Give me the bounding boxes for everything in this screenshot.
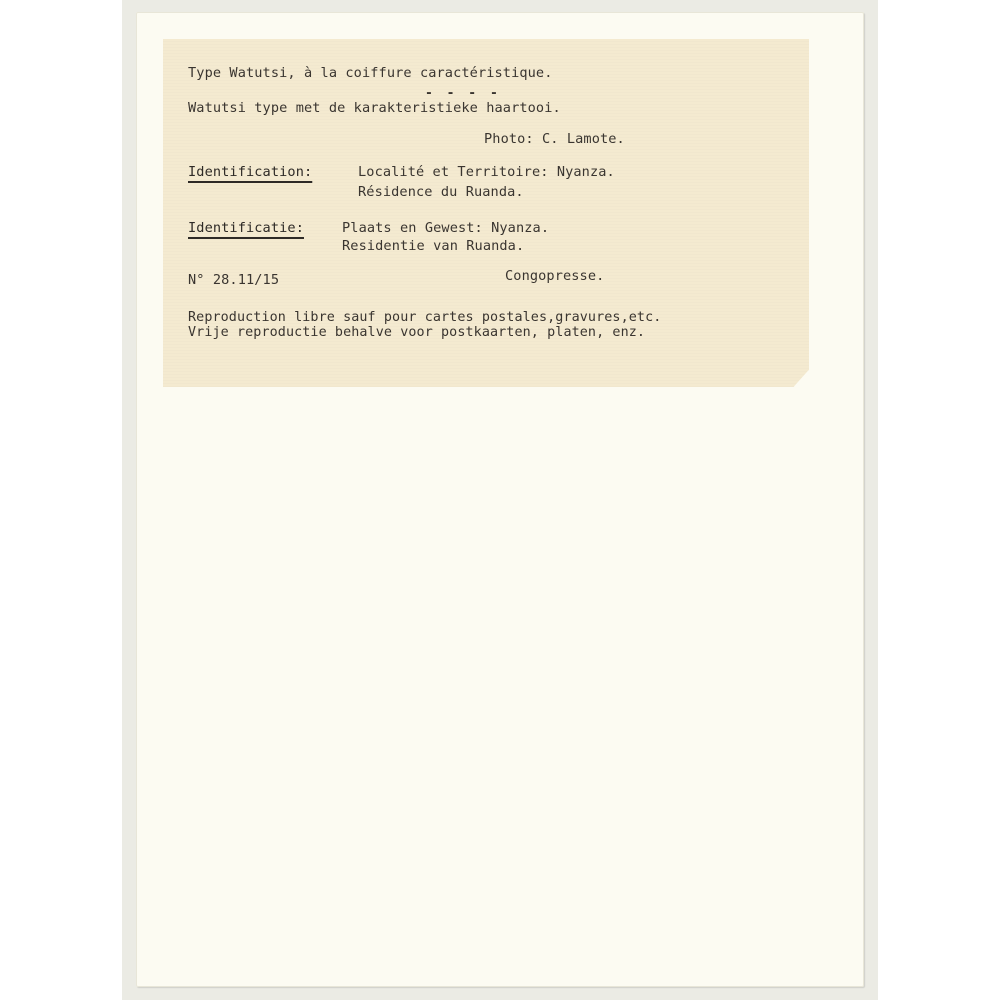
identification-nl-line2: Residentie van Ruanda. bbox=[342, 240, 524, 254]
identification-fr-line1: Localité et Territoire: Nyanza. bbox=[358, 166, 615, 180]
caption-french: Type Watutsi, à la coiffure caractéristi… bbox=[188, 67, 553, 81]
reference-number: N° 28.11/15 bbox=[188, 274, 279, 288]
identification-heading-fr: Identification: bbox=[188, 166, 312, 180]
photo-credit: Photo: C. Lamote. bbox=[484, 133, 625, 147]
caption-dutch: Watutsi type met de karakteristieke haar… bbox=[188, 102, 561, 116]
caption-separator: - - - - bbox=[425, 87, 501, 100]
identification-nl-line1: Plaats en Gewest: Nyanza. bbox=[342, 222, 549, 236]
rights-french: Reproduction libre sauf pour cartes post… bbox=[188, 311, 661, 324]
agency-name: Congopresse. bbox=[505, 270, 604, 284]
identification-fr-line2: Résidence du Ruanda. bbox=[358, 186, 524, 200]
rights-dutch: Vrije reproductie behalve voor postkaart… bbox=[188, 326, 645, 339]
identification-heading-nl: Identificatie: bbox=[188, 222, 304, 236]
